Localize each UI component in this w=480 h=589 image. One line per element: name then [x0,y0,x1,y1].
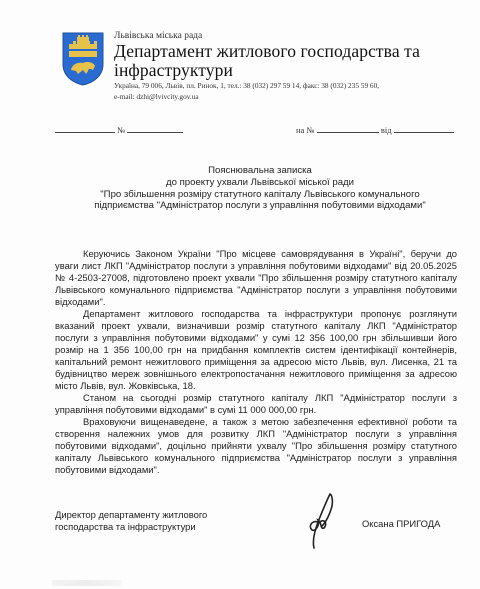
paragraph: Станом на сьогодні розмір статутного кап… [55,392,457,416]
letterhead: Львівська міська рада Департамент житлов… [62,30,462,100]
department-email: e-mail: dzhi@lvivcity.gov.ua [114,92,464,102]
incoming-reference: на № від [296,124,454,135]
outgoing-date-blank [55,124,115,133]
number-label: № [117,125,125,135]
handwritten-signature-icon [302,492,342,552]
document-page: Львівська міська рада Департамент житлов… [0,0,480,589]
department-address: Україна, 79 006, Львів, пл. Ринок, 1, те… [114,81,464,91]
memo-title-line4: підприємства "Адміністратор послуги з уп… [40,200,480,212]
memo-body: Керуючись Законом України "Про місцеве с… [55,248,457,476]
memo-title-line3: "Про збільшення розміру статутного капіт… [40,189,480,201]
paragraph: Враховуючи вищенаведене, а також з метою… [55,416,457,476]
memo-title-line2: до проекту ухвали Львівської міської рад… [40,177,480,189]
lviv-coat-of-arms-icon [62,32,104,86]
paragraph: Керуючись Законом України "Про місцеве с… [55,248,457,308]
faint-footer-text [52,580,122,586]
outgoing-reference: № [55,124,183,135]
signatory-title: Директор департаменту житлового господар… [55,509,245,533]
outgoing-number-blank [127,124,183,133]
reply-date-label: від [381,125,392,135]
department-name-line1: Департамент житлового господарства та [114,42,464,61]
reply-number-blank [317,124,379,133]
reply-number-label: на № [296,125,315,135]
department-name-line2: інфраструктури [114,61,464,80]
signatory-name: Оксана ПРИГОДА [362,518,440,530]
paragraph: Департамент житлового господарства та ін… [55,308,457,392]
memo-title-line1: Пояснювальна записка [40,165,480,177]
memo-title: Пояснювальна записка до проекту ухвали Л… [40,165,480,212]
reply-date-blank [394,124,454,133]
